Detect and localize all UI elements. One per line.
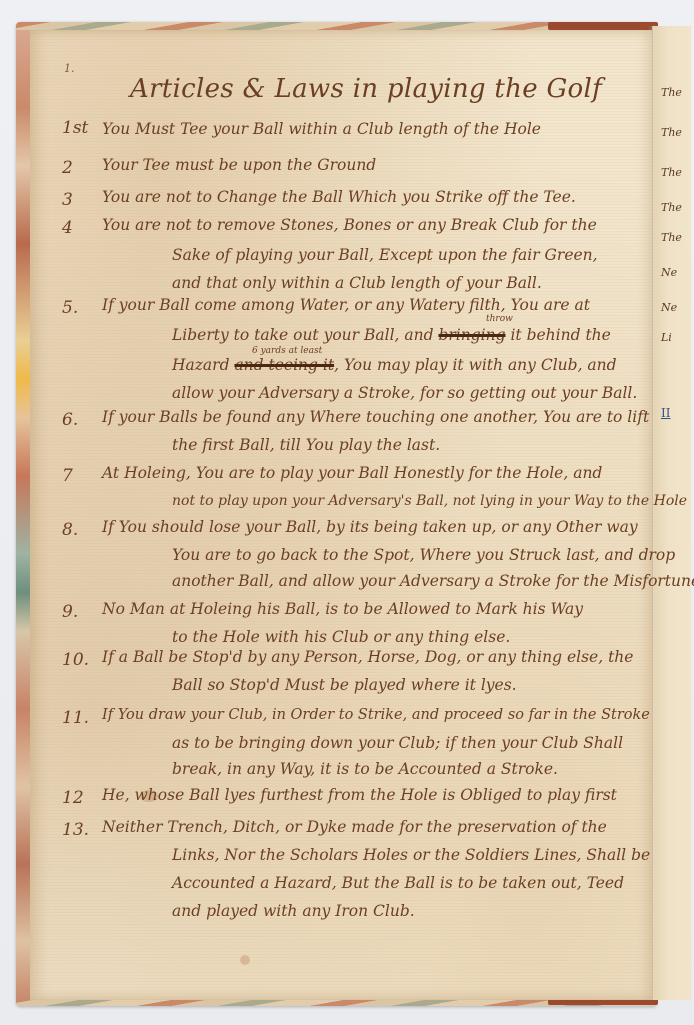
facing-fragment: The xyxy=(661,231,682,244)
rule-number: 3 xyxy=(62,190,98,210)
rule-text-part: Liberty to take out your Ball, and xyxy=(172,326,438,344)
rule-text: Your Tee must be upon the Ground xyxy=(102,158,376,174)
rule-number: 8. xyxy=(62,520,98,540)
struck-word: bringing xyxy=(438,326,505,344)
rule-number: 11. xyxy=(62,708,98,728)
rule-text: and that only within a Club length of yo… xyxy=(172,276,542,292)
rule-text: If a Ball be Stop'd by any Person, Horse… xyxy=(102,650,633,666)
facing-fragment: The xyxy=(661,86,682,99)
rule-text: not to play upon your Adversary's Ball, … xyxy=(172,494,687,508)
rule-number: 10. xyxy=(62,650,98,670)
facing-page-marker: II xyxy=(661,406,670,420)
rule-text: He, whose Ball lyes furthest from the Ho… xyxy=(102,788,617,804)
insertion-note: 6 yards at least xyxy=(252,346,322,356)
rule-number: 5. xyxy=(62,298,98,318)
spine-strip-top xyxy=(548,22,658,30)
rule-text: If your Ball come among Water, or any Wa… xyxy=(102,298,590,314)
rule-text: If your Balls be found any Where touchin… xyxy=(102,410,649,426)
facing-page: The The The The The Ne Ne Li II xyxy=(652,26,691,1000)
manuscript-page: 1. Articles & Laws in playing the Golf 1… xyxy=(30,30,652,1000)
rule-number: 1st xyxy=(62,118,98,138)
rule-text: Links, Nor the Scholars Holes or the Sol… xyxy=(172,848,650,864)
rule-number: 2 xyxy=(62,158,98,178)
rule-text: another Ball, and allow your Adversary a… xyxy=(172,574,694,590)
rule-text: allow your Adversary a Stroke, for so ge… xyxy=(172,386,637,402)
rule-text: Ball so Stop'd Must be played where it l… xyxy=(172,678,517,694)
rule-text: You are to go back to the Spot, Where yo… xyxy=(172,548,675,564)
facing-fragment: The xyxy=(661,126,682,139)
marbled-edge xyxy=(16,30,31,1000)
facing-fragment: Ne xyxy=(661,266,677,279)
rule-text: At Holeing, You are to play your Ball Ho… xyxy=(102,466,602,482)
rule-number: 7 xyxy=(62,466,98,486)
rule-text: Liberty to take out your Ball, and bring… xyxy=(172,328,611,344)
rule-number: 9. xyxy=(62,602,98,622)
rule-text-part: Hazard xyxy=(172,356,234,374)
rule-text-part: , You may play it with any Club, and xyxy=(334,356,617,374)
rule-text: You Must Tee your Ball within a Club len… xyxy=(102,122,541,138)
rule-number: 4 xyxy=(62,218,98,238)
rule-text: If You should lose your Ball, by its bei… xyxy=(102,520,638,536)
rule-text: and played with any Iron Club. xyxy=(172,904,415,920)
facing-fragment: The xyxy=(661,166,682,179)
rule-number: 6. xyxy=(62,410,98,430)
rule-number: 12 xyxy=(62,788,98,808)
rule-text: Hazard and teeing it, You may play it wi… xyxy=(172,358,617,374)
rule-text: You are not to Change the Ball Which you… xyxy=(102,190,576,206)
rules-list: 1st You Must Tee your Ball within a Club… xyxy=(30,30,652,1000)
rule-number: 13. xyxy=(62,820,98,840)
rule-text: Neither Trench, Ditch, or Dyke made for … xyxy=(102,820,607,836)
facing-fragment: Ne xyxy=(661,301,677,314)
rule-text: If You draw your Club, in Order to Strik… xyxy=(102,708,650,723)
facing-fragment: The xyxy=(661,201,682,214)
rule-text-part: it behind the xyxy=(506,326,611,344)
facing-fragment: Li xyxy=(661,331,672,344)
insertion-note: throw xyxy=(486,314,513,324)
rule-text: You are not to remove Stones, Bones or a… xyxy=(102,218,597,234)
rule-text: break, in any Way, it is to be Accounted… xyxy=(172,762,558,778)
rule-text: Sake of playing your Ball, Except upon t… xyxy=(172,248,598,264)
rule-text: Accounted a Hazard, But the Ball is to b… xyxy=(172,876,624,892)
rule-text: the first Ball, till You play the last. xyxy=(172,438,440,454)
rule-text: No Man at Holeing his Ball, is to be All… xyxy=(102,602,583,618)
scene: The The The The The Ne Ne Li II 1. Artic… xyxy=(0,0,694,1025)
rule-text: as to be bringing down your Club; if the… xyxy=(172,736,623,752)
rule-text: to the Hole with his Club or any thing e… xyxy=(172,630,510,646)
struck-phrase: and teeing it xyxy=(234,356,334,374)
